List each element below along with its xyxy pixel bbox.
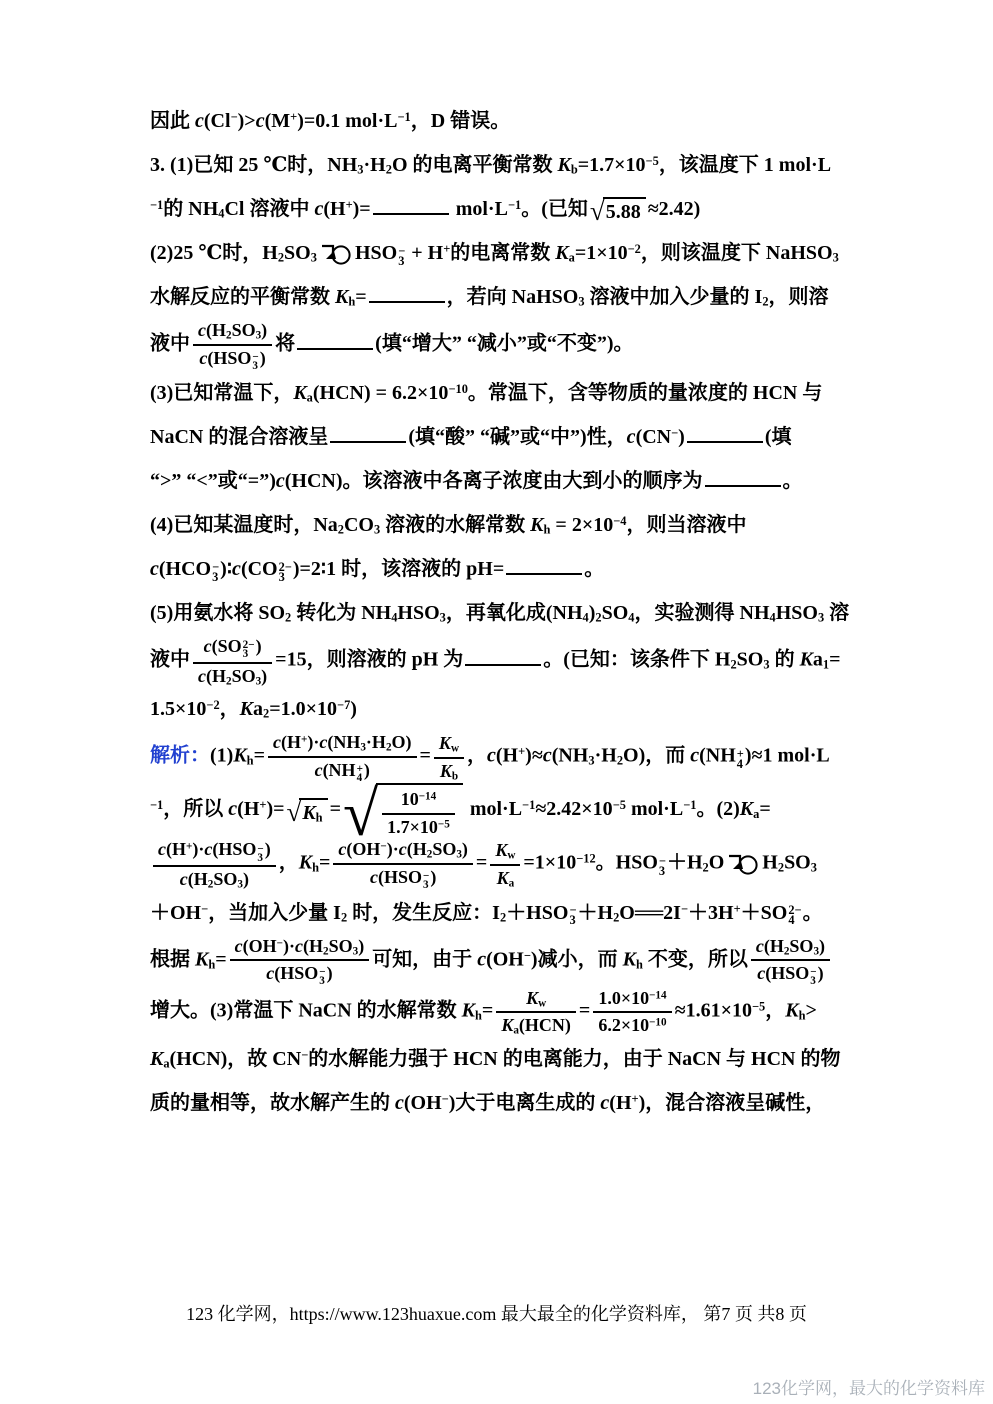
text-line: 液中c(SO2−3)c(H2SO3)=15，则溶液的 pH 为。(已知：该条件下… (150, 635, 866, 687)
variable-italic: c (395, 1092, 404, 1114)
text-line: 因此 c(Cl−)>c(M+)=0.1 mol·L−1，D 错误。 (150, 99, 866, 143)
text-run: (填“酸” “碱”或“中”)性， (408, 426, 626, 448)
answer-blank (330, 422, 406, 443)
variable-italic: K (555, 242, 568, 264)
text-run: (SO (212, 636, 242, 656)
text-run: = (759, 798, 770, 820)
index-bottom: 3 (257, 854, 263, 863)
document-content: 因此 c(Cl−)>c(M+)=0.1 mol·L−1，D 错误。3. (1)已… (150, 99, 866, 1125)
text-run: )· (192, 839, 204, 859)
subscript: w (507, 850, 515, 862)
superscript: −4 (613, 514, 626, 528)
answer-blank (373, 194, 449, 215)
text-run: 质的量相等，故水解产生的 (150, 1092, 395, 1114)
text-run: =1×10 (575, 242, 628, 264)
answer-blank (297, 329, 373, 350)
text-run: ) (350, 698, 357, 720)
charge-subscript-stack: −3 (423, 872, 429, 890)
denominator: 6.2×10−10 (593, 1013, 671, 1037)
text-run: (H (206, 320, 226, 340)
text-run: ＋H (667, 852, 703, 874)
denominator: c(HSO−3) (751, 961, 830, 986)
site-watermark: 123化学网，最大的化学资料库 (753, 1374, 985, 1399)
text-run: (HSO (212, 839, 256, 859)
radicand: 10−141.7×10−5 (376, 783, 463, 838)
text-run: 的 (770, 649, 800, 671)
text-run: = (476, 852, 487, 874)
text-run: 1.0×10 (598, 988, 649, 1008)
text-run: ) (818, 963, 824, 983)
text-run: ，若向 NaHSO (447, 286, 579, 308)
text-run: SO (602, 602, 629, 624)
text-run: (Cl (204, 110, 231, 132)
variable-italic: K (439, 733, 451, 753)
index-bottom: 3 (659, 866, 666, 876)
text-run: ＋HSO (506, 902, 568, 924)
text-run: O) (392, 732, 412, 752)
text-run: (3)已知常温下， (150, 382, 293, 404)
superscript: −10 (448, 382, 467, 396)
text-run: = (215, 948, 226, 970)
denominator: Ka(HCN) (496, 1013, 576, 1037)
variable-italic: c (399, 839, 407, 859)
subscript: b (452, 770, 458, 782)
numerator: c(OH−)·c(H2SO3) (333, 838, 473, 865)
superscript: + (346, 198, 353, 212)
text-run: = (829, 649, 840, 671)
text-run: 6.2×10 (598, 1015, 649, 1035)
fraction: c(H+)·c(NH3·H2O)c(NH+4) (268, 731, 417, 783)
numerator: c(SO2−3) (193, 635, 272, 663)
text-run: ) (364, 760, 370, 780)
text-line: 水解反应的平衡常数 Kh=，若向 NaHSO3 溶液中加入少量的 I2，则溶 (150, 275, 866, 319)
text-run: (HSO (378, 867, 422, 887)
text-run: (OH (404, 1092, 442, 1114)
text-run: SO (737, 649, 764, 671)
square-root: √10−141.7×10−5 (343, 783, 463, 838)
fraction: c(OH−)·c(H2SO3)c(HSO−3) (230, 935, 370, 987)
text-run: Cl 溶液中 (224, 198, 314, 220)
text-run: SO (432, 839, 456, 859)
text-run: (HSO (207, 348, 251, 368)
text-run: ) (678, 426, 685, 448)
superscript: −2 (206, 698, 219, 712)
text-run: SO (329, 936, 353, 956)
text-run: 3. (1)已知 25 ℃时，NH (150, 154, 357, 176)
text-run: (OH (243, 936, 277, 956)
variable-italic: c (235, 936, 243, 956)
fraction: 10−141.7×10−5 (382, 788, 455, 838)
subscript: b (571, 163, 578, 177)
denominator: c(H2SO3) (193, 664, 272, 688)
text-run: (HCN) (519, 1015, 571, 1035)
text-run: ) (261, 320, 267, 340)
text-run: 。 (783, 470, 803, 492)
variable-italic: c (150, 558, 159, 580)
text-run: ＋H (578, 902, 614, 924)
text-run: ) (430, 867, 436, 887)
variable-italic: K (299, 852, 312, 874)
text-line: (4)已知某温度时，Na2CO3 溶液的水解常数 Kh = 2×10−4，则当溶… (150, 503, 866, 547)
variable-italic: K (497, 868, 509, 888)
text-run: HSO (776, 602, 818, 624)
answer-blank (506, 554, 582, 575)
text-run: ， (220, 698, 240, 720)
fraction: KwKa (490, 839, 520, 889)
variable-italic: c (204, 636, 212, 656)
text-run: ，所以 (163, 798, 228, 820)
text-line: 解析：(1)Kh=c(H+)·c(NH3·H2O)c(NH+4)=KwKb，c(… (150, 731, 866, 783)
text-run: ) (327, 963, 333, 983)
text-run: (H (166, 839, 186, 859)
text-line: c(HCO−3)∶c(CO2−3)=2∶1 时，该溶液的 pH=。 (150, 547, 866, 591)
numerator: Kw (434, 732, 464, 759)
superscript: −5 (752, 999, 765, 1013)
text-run: ，当加入少量 I (208, 902, 341, 924)
text-run: 10 (401, 789, 419, 809)
superscript: −14 (419, 791, 437, 803)
superscript: − (681, 901, 688, 915)
text-run: )减小，而 (531, 948, 623, 970)
variable-italic: c (477, 948, 486, 970)
variable-italic: K (462, 999, 475, 1021)
text-run: (2)25 ℃时，H (150, 242, 278, 264)
numerator: Kw (490, 839, 520, 866)
text-run: ) (462, 839, 468, 859)
variable-italic: K (785, 999, 798, 1021)
text-line: 质的量相等，故水解产生的 c(OH−)大于电离生成的 c(H+)，混合溶液呈碱性… (150, 1081, 866, 1125)
text-run: )· (283, 936, 295, 956)
charge-subscript-stack: −3 (810, 968, 816, 986)
text-run: (CO (241, 558, 278, 580)
reversible-reaction-arrow-icon (727, 852, 759, 876)
text-line: 3. (1)已知 25 ℃时，NH3·H2O 的电离平衡常数 Kb=1.7×10… (150, 143, 866, 187)
text-run: 。(已知 (521, 198, 588, 220)
variable-italic: K (623, 948, 636, 970)
text-run: )=0.1 mol·L (297, 110, 397, 132)
subscript: h (312, 861, 319, 875)
text-run: SO (232, 666, 256, 686)
text-line: 增大。(3)常温下 NaCN 的水解常数 Kh=KwKa(HCN)=1.0×10… (150, 987, 866, 1037)
fraction: KwKb (434, 732, 464, 782)
charge-subscript-stack: −3 (252, 353, 258, 371)
text-run: ) (261, 666, 267, 686)
variable-italic: K (233, 745, 246, 767)
variable-italic: K (558, 154, 571, 176)
text-run: = (254, 745, 265, 767)
text-run: )=2∶1 时，该溶液的 pH= (293, 558, 504, 580)
fraction: c(H+)·c(HSO−3)c(H2SO3) (153, 838, 276, 890)
variable-italic: c (228, 798, 237, 820)
text-run: “>” “<”或“=”) (150, 470, 276, 492)
superscript: + (632, 1092, 639, 1106)
subscript: h (636, 957, 643, 971)
superscript: − (231, 110, 238, 124)
text-run: 不变，所以 (643, 948, 748, 970)
radicand: 5.88 (603, 197, 646, 223)
variable-italic: c (315, 760, 323, 780)
reversible-reaction-arrow-icon (320, 242, 352, 266)
text-run: (HCN) = 6.2×10 (313, 382, 449, 404)
text-run: = 2×10 (550, 514, 613, 536)
text-run: mol·L (451, 198, 508, 220)
answer-blank (687, 422, 763, 443)
text-run: CO (344, 514, 374, 536)
text-run: (HCN)，故 CN (170, 1048, 302, 1070)
superscript: −5 (613, 798, 626, 812)
text-run: 。(已知：该条件下 H (543, 649, 730, 671)
superscript: −7 (337, 698, 350, 712)
text-line: 液中c(H2SO3)c(HSO−3)将(填“增大” “减小”或“不变”)。 (150, 319, 866, 371)
subscript: h (247, 754, 254, 768)
fraction: c(SO2−3)c(H2SO3) (193, 635, 272, 687)
superscript: − (442, 1092, 449, 1106)
answer-blank (705, 466, 781, 487)
variable-italic: K (240, 698, 253, 720)
text-run: 1.5×10 (150, 698, 206, 720)
index-bottom: 3 (319, 977, 325, 986)
numerator: c(H2SO3) (751, 935, 830, 962)
variable-italic: c (600, 1092, 609, 1114)
text-run: )大于电离生成的 (449, 1092, 601, 1114)
text-run: (H (609, 1092, 631, 1114)
text-line: 1.5×10−2，Ka2=1.0×10−7) (150, 687, 866, 731)
index-bottom: 4 (737, 759, 744, 769)
text-run: NaCN 的混合溶液呈 (150, 426, 328, 448)
text-run: (填 (765, 426, 792, 448)
text-run: + H (406, 242, 443, 264)
charge-subscript-stack: 2−3 (243, 641, 255, 659)
radical-sign: √ (343, 783, 378, 838)
text-run: O 的电离平衡常数 (392, 154, 558, 176)
numerator: 1.0×10−14 (593, 987, 671, 1014)
subscript: h (475, 1008, 482, 1022)
text-line: Ka(HCN)，故 CN−的水解能力强于 HCN 的电离能力，由于 NaCN 与… (150, 1037, 866, 1081)
variable-italic: K (302, 802, 315, 824)
text-run: (HSO (274, 963, 318, 983)
charge-subscript-stack: −3 (569, 905, 576, 925)
text-run: )> (238, 110, 256, 132)
text-run: ， (279, 852, 299, 874)
page-footer: 123 化学网，https://www.123huaxue.com 最大最全的化… (0, 1300, 993, 1326)
variable-italic: c (487, 745, 496, 767)
index-bottom: 3 (810, 977, 816, 986)
variable-italic: c (690, 745, 699, 767)
superscript: −1 (683, 798, 696, 812)
denominator: c(HSO−3) (193, 346, 272, 371)
text-line: 根据 Kh=c(OH−)·c(H2SO3)c(HSO−3)可知，由于 c(OH−… (150, 935, 866, 987)
text-run: a (813, 649, 823, 671)
text-run: (HSO (765, 963, 809, 983)
variable-italic: K (495, 840, 507, 860)
text-run: ) (256, 636, 262, 656)
text-run: 溶液中加入少量的 I (585, 286, 763, 308)
charge-subscript-stack: 2−4 (788, 905, 801, 925)
fraction: c(H2SO3)c(HSO−3) (751, 935, 830, 987)
text-run: )，混合溶液呈碱性， (639, 1092, 826, 1114)
denominator: c(HSO−3) (230, 961, 370, 986)
text-run: )≈1 mol·L (745, 745, 830, 767)
text-run: 可知，由于 (372, 948, 477, 970)
text-run: ， (467, 745, 487, 767)
text-run: =1.7×10 (578, 154, 646, 176)
text-run: ) (819, 936, 825, 956)
text-run: ， (765, 999, 785, 1021)
charge-subscript-stack: −3 (212, 562, 219, 582)
text-run: (NH (327, 732, 360, 752)
text-run: ＋OH (150, 902, 201, 924)
subscript: w (451, 743, 459, 755)
text-run: ，实验测得 NH (635, 602, 770, 624)
text-line: −1的 NH4Cl 溶液中 c(H+)= mol·L−1。(已知√5.88≈2.… (150, 187, 866, 231)
fraction: KwKa(HCN) (496, 987, 576, 1037)
text-run: 根据 (150, 948, 195, 970)
text-run: 。(2) (696, 798, 739, 820)
index-bottom: 3 (423, 881, 429, 890)
numerator: Kw (496, 987, 576, 1014)
fraction: c(OH−)·c(H2SO3)c(HSO−3) (333, 838, 473, 890)
text-line: −1，所以 c(H+)=√Kh=√10−141.7×10−5 mol·L−1≈2… (150, 783, 866, 838)
variable-italic: K (740, 798, 753, 820)
denominator: Kb (434, 759, 464, 783)
text-run: (NH (699, 745, 736, 767)
text-run: (H (496, 745, 518, 767)
text-run: 因此 (150, 110, 195, 132)
text-run: 液中 (150, 649, 190, 671)
text-run: ≈2.42×10 (535, 798, 612, 820)
text-run: 。常温下，含等物质的量浓度的 HCN 与 (468, 382, 822, 404)
text-run: ，D 错误。 (411, 110, 510, 132)
text-run: ，再氧化成(NH (446, 602, 583, 624)
charge-subscript-stack: +4 (737, 749, 744, 769)
fraction: c(H2SO3)c(HSO−3) (193, 319, 272, 371)
text-line: (3)已知常温下，Ka(HCN) = 6.2×10−10。常温下，含等物质的量浓… (150, 371, 866, 415)
subscript: 3 (833, 251, 839, 265)
subscript: a (509, 877, 515, 889)
text-run: = (319, 852, 330, 874)
superscript: −10 (649, 1017, 667, 1029)
text-run: )· (307, 732, 319, 752)
text-run: 水解反应的平衡常数 (150, 286, 335, 308)
text-run: O (709, 852, 725, 874)
text-run: = (420, 745, 431, 767)
text-run: (H (237, 798, 259, 820)
text-line: “>” “<”或“=”)c(HCN)。该溶液中各离子浓度由大到小的顺序为。 (150, 459, 866, 503)
text-run: (5)用氨水将 SO (150, 602, 285, 624)
text-run: ＋SO (741, 902, 788, 924)
superscript: + (734, 901, 741, 915)
text-run: (H (303, 936, 323, 956)
text-run: (OH (486, 948, 524, 970)
text-run: ·H (366, 732, 386, 752)
charge-subscript-stack: −3 (398, 246, 405, 266)
text-run: (H (323, 198, 345, 220)
text-run: 。HSO (596, 852, 658, 874)
text-run: O)，而 (623, 745, 690, 767)
denominator: c(H2SO3) (153, 867, 276, 891)
variable-italic: c (198, 320, 206, 340)
variable-italic: c (232, 558, 241, 580)
subscript: 3 (811, 861, 817, 875)
text-run: ，则溶 (769, 286, 829, 308)
variable-italic: K (150, 1048, 163, 1070)
denominator: Ka (490, 866, 520, 890)
charge-subscript-stack: −3 (319, 968, 325, 986)
denominator: c(HSO−3) (333, 865, 473, 890)
variable-italic: K (195, 948, 208, 970)
text-run: (NH (323, 760, 356, 780)
superscript: −5 (438, 818, 450, 830)
variable-italic: K (335, 286, 348, 308)
text-run: ) (260, 348, 266, 368)
text-run: SO (784, 852, 811, 874)
text-run: 5.88 (606, 201, 641, 223)
equilibrium-arrow-icon (320, 242, 352, 266)
text-run: ，该温度下 1 mol·L (659, 154, 831, 176)
index-bottom: 3 (398, 256, 405, 266)
text-run: SO (213, 869, 237, 889)
text-run: mol·L (626, 798, 683, 820)
denominator: 1.7×10−5 (382, 815, 455, 839)
charge-subscript-stack: 2−3 (279, 562, 292, 582)
numerator: 10−14 (382, 788, 455, 815)
index-bottom: 3 (212, 572, 219, 582)
text-run: (填“增大” “减小”或“不变”)。 (375, 333, 633, 355)
charge-subscript-stack: −3 (659, 856, 666, 876)
text-run: ) (243, 869, 249, 889)
superscript: −1 (150, 198, 163, 212)
text-run: H (762, 852, 778, 874)
text-run: )= (353, 198, 371, 220)
text-run: )∶ (220, 558, 232, 580)
numerator: c(H+)·c(NH3·H2O) (268, 731, 417, 758)
text-run: 时，发生反应：I (347, 902, 500, 924)
text-run: ，则当溶液中 (626, 514, 746, 536)
variable-italic: c (543, 745, 552, 767)
text-run: HSO (355, 242, 397, 264)
variable-italic: c (276, 470, 285, 492)
index-bottom: 3 (243, 650, 255, 659)
superscript: −1 (508, 198, 521, 212)
text-run: (CN (636, 426, 672, 448)
text-run: ，则该温度下 NaHSO (641, 242, 833, 264)
superscript: −12 (576, 852, 595, 866)
text-run: (1) (210, 745, 233, 767)
text-line: c(H+)·c(HSO−3)c(H2SO3)，Kh=c(OH−)·c(H2SO3… (150, 838, 866, 890)
text-run: SO (232, 320, 256, 340)
text-line: NaCN 的混合溶液呈(填“酸” “碱”或“中”)性，c(CN−)(填 (150, 415, 866, 459)
numerator: c(H2SO3) (193, 319, 272, 346)
text-run: ·H (595, 745, 617, 767)
variable-italic: c (256, 110, 265, 132)
text-run: 。 (803, 902, 823, 924)
text-run: =15，则溶液的 pH 为 (275, 649, 463, 671)
variable-italic: c (180, 869, 188, 889)
text-run: HSO (397, 602, 439, 624)
variable-italic: c (198, 666, 206, 686)
text-run: (HCN)。该溶液中各离子浓度由大到小的顺序为 (285, 470, 703, 492)
variable-italic: K (530, 514, 543, 536)
text-run: (H (188, 869, 208, 889)
variable-italic: K (526, 988, 538, 1008)
square-root: √5.88 (590, 197, 646, 223)
text-run: 的电离常数 (450, 242, 555, 264)
text-run: (H (281, 732, 301, 752)
text-run: (NH (552, 745, 589, 767)
index-bottom: 3 (252, 362, 258, 371)
text-run: 的水解能力强于 HCN 的电离能力，由于 NaCN 与 HCN 的物 (308, 1048, 840, 1070)
superscript: −1 (397, 110, 410, 124)
